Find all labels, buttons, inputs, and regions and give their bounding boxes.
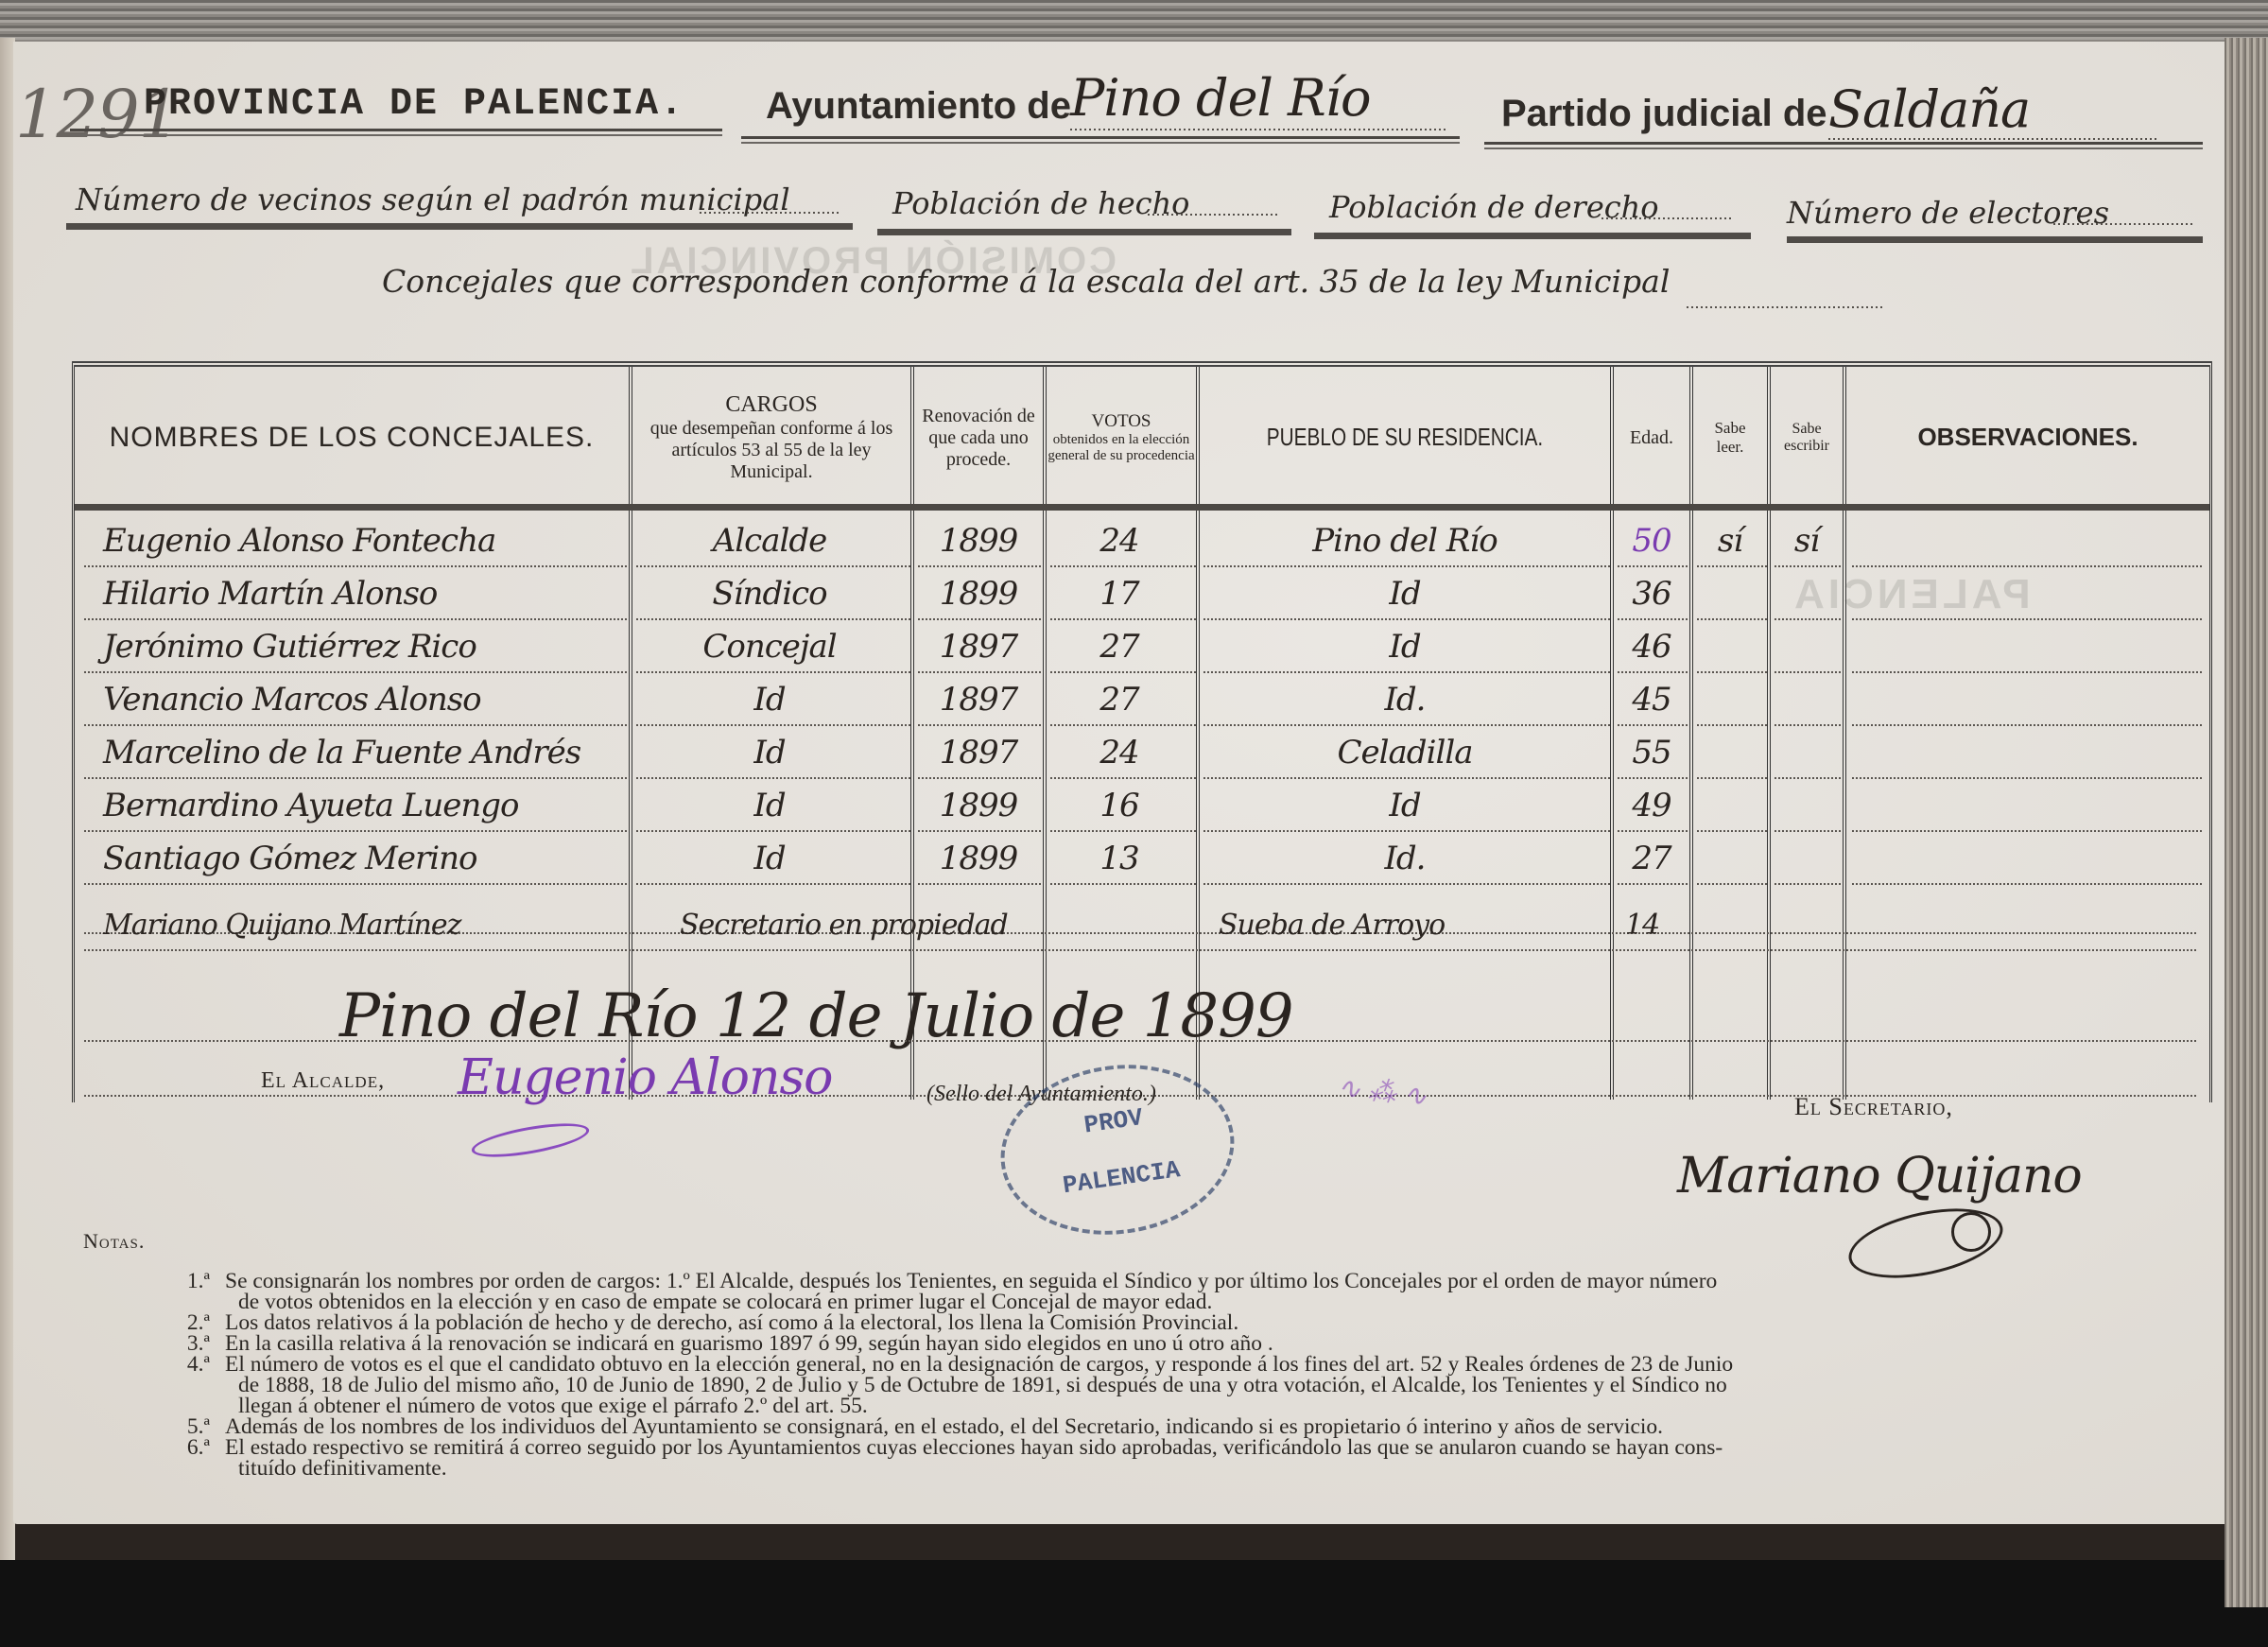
cell-escribir <box>1771 832 1843 883</box>
note-line: 2.ªLos datos relativos á la población de… <box>96 1312 2214 1333</box>
cell-pueblo: Id. <box>1202 832 1608 883</box>
book-page-edges-top <box>0 0 2268 45</box>
row-dotted-line <box>636 883 910 885</box>
cell-nombre: Eugenio Alonso Fontecha <box>103 514 632 565</box>
note-number: 4.ª <box>96 1354 225 1375</box>
cell-obs <box>1846 620 2209 671</box>
notes-section: 1.ªSe consignarán los nombres por orden … <box>96 1271 2214 1479</box>
table-row[interactable]: Marcelino de la Fuente AndrésId189724Cel… <box>75 726 2209 779</box>
note-line: 6.ªEl estado respectivo se remitirá á co… <box>96 1437 2214 1458</box>
poblacion-hecho-label: Población de hecho <box>892 185 1189 221</box>
row-dotted-line <box>1618 883 1689 885</box>
note-text: llegan á obtener el número de votos que … <box>225 1396 2214 1416</box>
note-number: 6.ª <box>96 1437 225 1458</box>
cell-votos: 24 <box>1048 726 1190 777</box>
cell-votos: 17 <box>1048 567 1190 618</box>
note-text: En la casilla relativa á la renovación s… <box>225 1333 2214 1354</box>
cell-pueblo: Pino del Río <box>1202 514 1608 565</box>
book-page-edges-right <box>2225 38 2268 1607</box>
poblacion-derecho-label: Población de derecho <box>1329 189 1659 225</box>
cell-escribir: sí <box>1771 514 1843 565</box>
cell-cargo: Id <box>642 726 897 777</box>
partido-label: Partido judicial de <box>1501 93 1827 135</box>
poblacion-hecho-field[interactable] <box>1148 214 1280 216</box>
population-rule <box>1314 233 1751 239</box>
cell-leer <box>1693 620 1767 671</box>
population-rule <box>877 229 1291 235</box>
poblacion-derecho-field[interactable] <box>1601 217 1734 219</box>
note-line: 4.ªEl número de votos es el que el candi… <box>96 1354 2214 1375</box>
seal-text-top: PROV <box>1082 1103 1145 1139</box>
header-observaciones: OBSERVACIONES. <box>1846 367 2209 509</box>
cell-pueblo: Celadilla <box>1202 726 1608 777</box>
note-line: llegan á obtener el número de votos que … <box>96 1396 2214 1416</box>
notes-label: Notas. <box>83 1229 145 1254</box>
cell-escribir <box>1771 620 1843 671</box>
cell-escribir <box>1771 567 1843 618</box>
note-number <box>96 1375 225 1396</box>
row-dotted-line <box>1050 883 1196 885</box>
note-text: Se consignarán los nombres por orden de … <box>225 1271 2214 1292</box>
row-dotted-line <box>1203 883 1610 885</box>
row-dotted-line <box>1852 883 2202 885</box>
cell-renovacion: 1899 <box>918 832 1039 883</box>
note-number: 2.ª <box>96 1312 225 1333</box>
cell-votos: 16 <box>1048 779 1190 830</box>
ayuntamiento-label: Ayuntamiento de <box>766 85 1071 128</box>
concejales-table: NOMBRES DE LOS CONCEJALES. CARGOS que de… <box>72 361 2212 1102</box>
cell-cargo: Id <box>642 779 897 830</box>
cell-obs <box>1846 673 2209 724</box>
bottom-shadow <box>0 1560 2268 1647</box>
note-line: tituído definitivamente. <box>96 1458 2214 1479</box>
table-subtitle: Concejales que corresponden conforme á l… <box>382 263 1670 300</box>
header-rule <box>75 504 2209 511</box>
table-row[interactable]: Hilario Martín AlonsoSíndico189917Id36 <box>75 567 2209 620</box>
header-edad: Edad. <box>1614 367 1689 509</box>
note-text: tituído definitivamente. <box>225 1458 2214 1479</box>
note-text: de 1888, 18 de Julio del mismo año, 10 d… <box>225 1375 2214 1396</box>
note-text: El estado respectivo se remitirá á corre… <box>225 1437 2214 1458</box>
notes-list: 1.ªSe consignarán los nombres por orden … <box>96 1271 2214 1479</box>
secretary-name: Mariano Quijano Martínez <box>103 896 642 947</box>
table-row[interactable]: Venancio Marcos AlonsoId189727Id.45 <box>75 673 2209 726</box>
cell-leer <box>1693 726 1767 777</box>
cell-cargo: Id <box>642 673 897 724</box>
header-pueblo: PUEBLO DE SU RESIDENCIA. <box>1240 367 1568 509</box>
header-votos-title: VOTOS <box>1092 411 1151 432</box>
cell-nombre: Jerónimo Gutiérrez Rico <box>103 620 632 671</box>
ayuntamiento-dotted-line <box>1070 129 1448 130</box>
cell-pueblo: Id. <box>1202 673 1608 724</box>
ayuntamiento-value[interactable]: Pino del Río <box>1070 68 1370 128</box>
cell-renovacion: 1899 <box>918 567 1039 618</box>
cell-leer: sí <box>1693 514 1767 565</box>
note-text: Además de los nombres de los individuos … <box>225 1416 2214 1437</box>
header-sabe-leer: Sabe leer. <box>1693 367 1767 509</box>
secretary-edad: 14 <box>1625 896 1682 947</box>
cell-edad: 55 <box>1614 726 1689 777</box>
cell-cargo: Id <box>642 832 897 883</box>
cell-renovacion: 1897 <box>918 620 1039 671</box>
table-row[interactable]: Eugenio Alonso FontechaAlcalde189924Pino… <box>75 514 2209 567</box>
cell-leer <box>1693 567 1767 618</box>
row-dotted-line <box>1775 883 1843 885</box>
alcalde-label: El Alcalde, <box>261 1068 385 1094</box>
electores-field[interactable] <box>2053 223 2195 225</box>
cell-renovacion: 1899 <box>918 514 1039 565</box>
note-line: 1.ªSe consignarán los nombres por orden … <box>96 1271 2214 1292</box>
header-renovacion: Renovación de que cada uno procede. <box>914 367 1043 509</box>
cell-votos: 27 <box>1048 620 1190 671</box>
partido-dotted-line <box>1828 138 2159 140</box>
table-row[interactable]: Jerónimo Gutiérrez RicoConcejal189727Id4… <box>75 620 2209 673</box>
cell-pueblo: Id <box>1202 567 1608 618</box>
header-nombres: NOMBRES DE LOS CONCEJALES. <box>75 367 629 509</box>
note-text: El número de votos es el que el candidat… <box>225 1354 2214 1375</box>
header-rule <box>1484 142 2203 149</box>
alcalde-signature: Eugenio Alonso <box>458 1049 832 1106</box>
note-text: de votos obtenidos en la elección y en c… <box>225 1292 2214 1312</box>
header-rule <box>70 129 722 136</box>
cell-obs <box>1846 567 2209 618</box>
cell-cargo: Alcalde <box>642 514 897 565</box>
secretario-label: El Secretario, <box>1794 1093 1953 1121</box>
secretary-row[interactable]: Mariano Quijano Martínez Secretario en p… <box>75 896 2209 949</box>
population-rule <box>66 223 853 230</box>
header-cargos-sub: que desempeñan conforme á los artículos … <box>632 418 910 483</box>
signature-flourish <box>1951 1212 1991 1252</box>
signature-flourish <box>470 1117 592 1163</box>
cell-cargo: Síndico <box>642 567 897 618</box>
header-votos-sub: obtenidos en la elección general de su p… <box>1047 432 1196 465</box>
header-cargos: CARGOS que desempeñan conforme á los art… <box>632 367 910 509</box>
cell-escribir <box>1771 673 1843 724</box>
cell-edad: 27 <box>1614 832 1689 883</box>
header-cargos-title: CARGOS <box>725 392 817 419</box>
note-line: de votos obtenidos en la elección y en c… <box>96 1292 2214 1312</box>
header-rule <box>741 136 1460 144</box>
cell-nombre: Marcelino de la Fuente Andrés <box>103 726 632 777</box>
subtitle-dotted-line <box>1687 306 1885 308</box>
cell-edad: 49 <box>1614 779 1689 830</box>
note-line: 3.ªEn la casilla relativa á la renovació… <box>96 1333 2214 1354</box>
row-dotted-line <box>84 1040 2198 1042</box>
electores-label: Número de electores <box>1787 195 2109 231</box>
vecinos-label: Número de vecinos según el padrón munici… <box>76 182 790 217</box>
cell-votos: 27 <box>1048 673 1190 724</box>
seal-text-mid: PALENCIA <box>1061 1155 1182 1200</box>
cell-votos: 13 <box>1048 832 1190 883</box>
cell-escribir <box>1771 779 1843 830</box>
cell-edad: 45 <box>1614 673 1689 724</box>
cell-obs <box>1846 832 2209 883</box>
cell-nombre: Santiago Gómez Merino <box>103 832 632 883</box>
cell-obs <box>1846 514 2209 565</box>
table-row[interactable]: Bernardino Ayueta LuengoId189916Id49 <box>75 779 2209 832</box>
vecinos-field[interactable] <box>700 212 841 214</box>
secretary-cargo: Secretario en propiedad <box>680 896 1209 947</box>
cell-cargo: Concejal <box>642 620 897 671</box>
cell-nombre: Venancio Marcos Alonso <box>103 673 632 724</box>
note-line: 5.ªAdemás de los nombres de los individu… <box>96 1416 2214 1437</box>
note-number: 1.ª <box>96 1271 225 1292</box>
secretario-signature: Mariano Quijano <box>1677 1148 2082 1205</box>
cell-renovacion: 1897 <box>918 673 1039 724</box>
cell-leer <box>1693 779 1767 830</box>
note-number <box>96 1396 225 1416</box>
header-sabe-escribir: Sabe escribir <box>1771 367 1843 509</box>
note-line: de 1888, 18 de Julio del mismo año, 10 d… <box>96 1375 2214 1396</box>
cell-pueblo: Id <box>1202 779 1608 830</box>
population-rule <box>1787 236 2203 243</box>
note-number: 3.ª <box>96 1333 225 1354</box>
cell-nombre: Bernardino Ayueta Luengo <box>103 779 632 830</box>
table-row[interactable]: Santiago Gómez MerinoId189913Id.27 <box>75 832 2209 885</box>
cell-escribir <box>1771 726 1843 777</box>
note-number: 5.ª <box>96 1416 225 1437</box>
cell-obs <box>1846 726 2209 777</box>
cell-renovacion: 1899 <box>918 779 1039 830</box>
cell-pueblo: Id <box>1202 620 1608 671</box>
secretary-pueblo: Sueba de Arroyo <box>1219 896 1597 947</box>
row-dotted-line <box>84 949 2198 951</box>
cell-renovacion: 1897 <box>918 726 1039 777</box>
cell-edad: 50 <box>1614 514 1689 565</box>
header-votos: VOTOS obtenidos en la elección general d… <box>1047 367 1196 509</box>
partido-value[interactable]: Saldaña <box>1828 79 2030 139</box>
cell-leer <box>1693 832 1767 883</box>
province-title: PROVINCIA DE PALENCIA. <box>144 83 684 126</box>
cell-obs <box>1846 779 2209 830</box>
cell-edad: 46 <box>1614 620 1689 671</box>
cell-leer <box>1693 673 1767 724</box>
document-page: COMISIÓN PROVINCIAL PALENCIA 1291 PROVIN… <box>13 42 2225 1524</box>
row-dotted-line <box>918 883 1043 885</box>
row-dotted-line <box>84 883 629 885</box>
cell-nombre: Hilario Martín Alonso <box>103 567 632 618</box>
row-dotted-line <box>1697 883 1767 885</box>
cell-edad: 36 <box>1614 567 1689 618</box>
note-text: Los datos relativos á la población de he… <box>225 1312 2214 1333</box>
cell-votos: 24 <box>1048 514 1190 565</box>
note-number <box>96 1458 225 1479</box>
note-number <box>96 1292 225 1312</box>
